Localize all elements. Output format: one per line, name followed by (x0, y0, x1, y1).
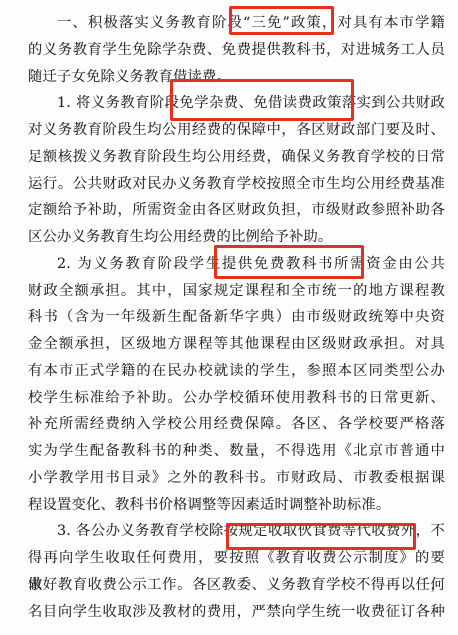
text-line: 2. 为义务教育阶段学生提供免费教科书所需资金由公共 (28, 251, 445, 278)
text-line: 得再向学生收取任何费用，要按照《教育收费公示制度》的要求， (28, 545, 445, 572)
text-line: 区公办义务教育生均公用经费的比例给予补助。 (28, 224, 445, 251)
text-line: 随迁子女免除义务教育借读费。 (28, 64, 445, 91)
text-line: 对义务教育阶段生均公用经费的保障中，各区财政部门要及时、 (28, 117, 445, 144)
text-line: 程设置变化、教科书价格调整等因素适时调整补助标准。 (28, 492, 445, 519)
text-line: 一、积极落实义务教育阶段“三免”政策，对具有本市学籍 (28, 10, 445, 37)
text-line: 小学教学用书目录》之外的教科书。市财政局、市教委根据课 (28, 465, 445, 492)
text-line: 3. 各公办义务教育学校除按规定收取伙食费等代收费外，不 (28, 518, 445, 545)
text-line: 财政全额承担。其中，国家规定课程和全市统一的地方课程教 (28, 278, 445, 305)
scanned-document-page: 一、积极落实义务教育阶段“三免”政策，对具有本市学籍的义务教育学生免除学杂费、免… (0, 0, 458, 635)
text-line: 足额核拨义务教育阶段生均公用经费，确保义务教育学校的日常 (28, 144, 445, 171)
text-line: 实为学生配备教科书的种类、数量，不得选用《北京市普通中 (28, 438, 445, 465)
text-line: 补充所需经费纳入学校公用经费保障。各区、各学校要严格落 (28, 411, 445, 438)
text-line: 的义务教育学生免除学杂费、免费提供教科书，对进城务工人员 (28, 37, 445, 64)
text-line: 校学生标准给予补助。公办学校循环使用教科书的日常更新、 (28, 385, 445, 412)
text-line: 1. 将义务教育阶段免学杂费、免借读费政策落实到公共财政 (28, 90, 445, 117)
text-line: 名目向学生收取涉及教材的费用，严禁向学生统一收费征订各种 (28, 599, 445, 626)
text-line: 有本市正式学籍的在民办校就读的学生，参照本区同类型公办 (28, 358, 445, 385)
text-line: 金全额承担，区级地方课程等其他课程由区级财政承担。对具 (28, 331, 445, 358)
document-text-block: 一、积极落实义务教育阶段“三免”政策，对具有本市学籍的义务教育学生免除学杂费、免… (28, 10, 445, 625)
text-line: 定额给予补助，所需资金由各区财政负担，市级财政参照补助各 (28, 197, 445, 224)
text-line: 科书（含为一年级新生配备新华字典）由市级财政统筹中央资 (28, 304, 445, 331)
text-line: 运行。公共财政对民办义务教育学校按照全市生均公用经费基准 (28, 171, 445, 198)
text-line: 做好教育收费公示工作。各区教委、义务教育学校不得再以任何 (28, 572, 445, 599)
